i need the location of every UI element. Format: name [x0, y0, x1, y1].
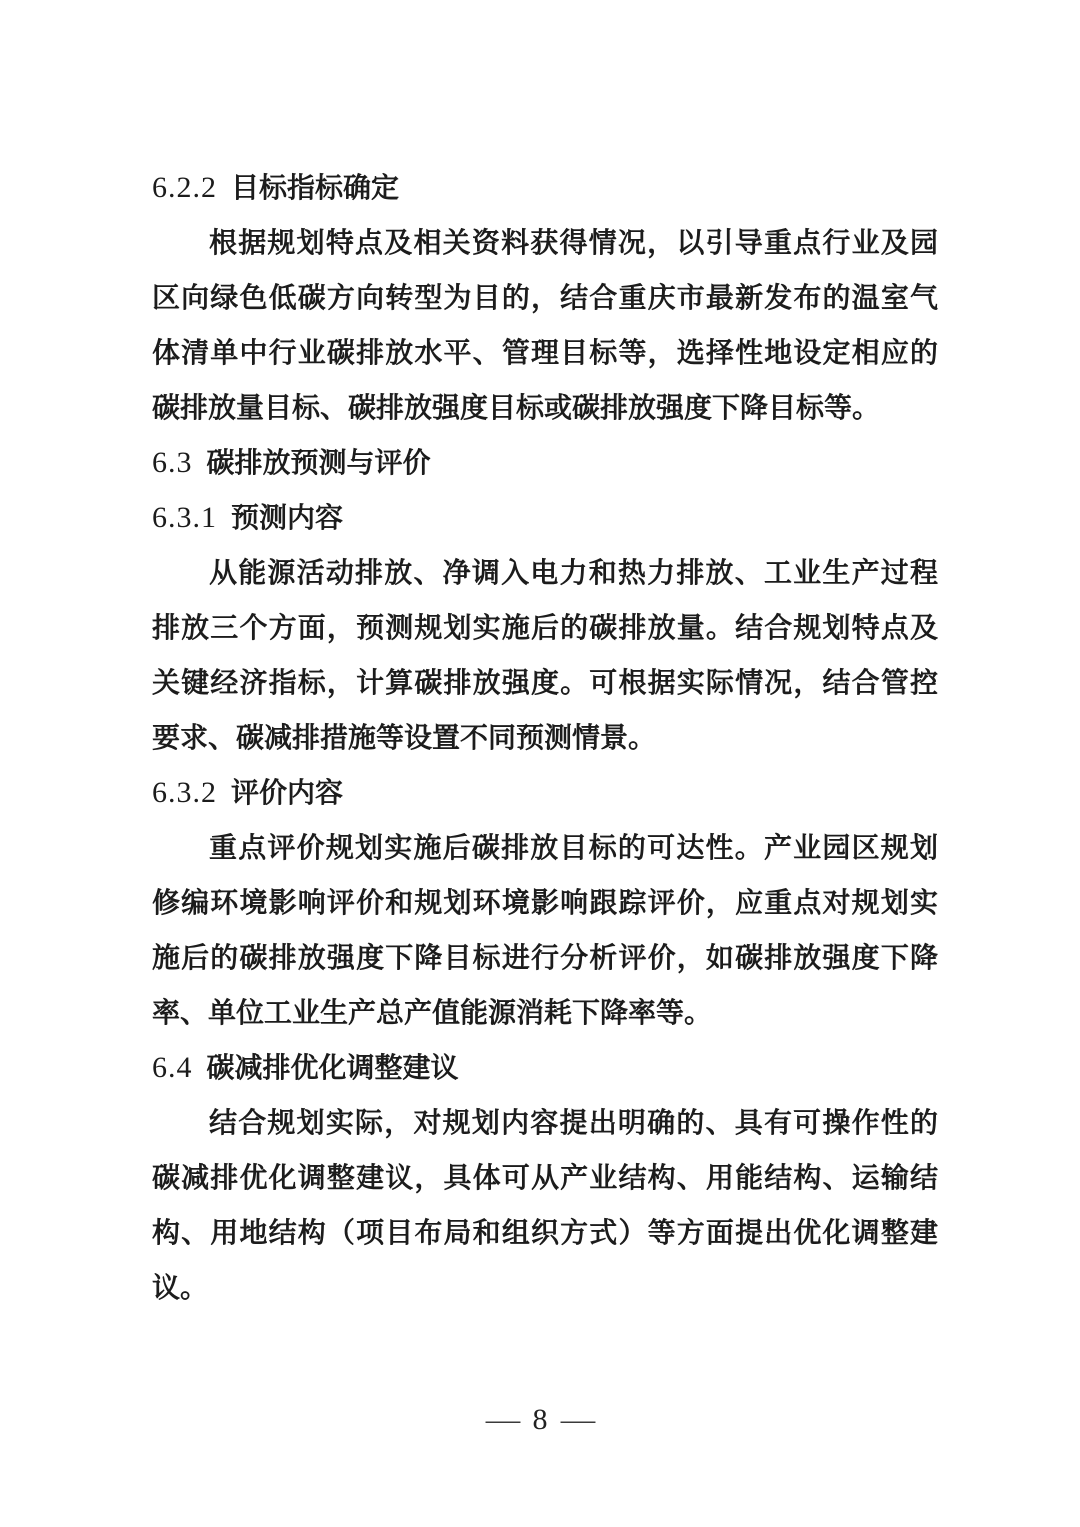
paragraph-line: 从能源活动排放、净调入电力和热力排放、工业生产过程 [152, 545, 938, 600]
paragraph-line: 重点评价规划实施后碳排放目标的可达性。产业园区规划 [152, 820, 938, 875]
section-heading-6-3-2: 6.3.2评价内容 [152, 765, 938, 820]
page-number: 8 [533, 1400, 548, 1440]
paragraph-line: 施后的碳排放强度下降目标进行分析评价，如碳排放强度下降 [152, 930, 938, 985]
section-number: 6.3.1 [152, 501, 217, 534]
paragraph-line: 碳排放量目标、碳排放强度目标或碳排放强度下降目标等。 [152, 380, 938, 435]
section-title: 目标指标确定 [231, 172, 399, 203]
paragraph-line: 要求、碳减排措施等设置不同预测情景。 [152, 710, 938, 765]
paragraph-line: 率、单位工业生产总产值能源消耗下降率等。 [152, 985, 938, 1040]
section-title: 碳排放预测与评价 [207, 447, 431, 478]
paragraph-line: 构、用地结构（项目布局和组织方式）等方面提出优化调整建 [152, 1205, 938, 1260]
page-footer: — 8 — [0, 1400, 1080, 1440]
section-number: 6.2.2 [152, 171, 217, 204]
paragraph-line: 体清单中行业碳排放水平、管理目标等，选择性地设定相应的 [152, 325, 938, 380]
section-heading-6-4: 6.4碳减排优化调整建议 [152, 1040, 938, 1095]
document-body: 6.2.2目标指标确定 根据规划特点及相关资料获得情况，以引导重点行业及园 区向… [152, 160, 938, 1315]
paragraph-line: 区向绿色低碳方向转型为目的，结合重庆市最新发布的温室气 [152, 270, 938, 325]
section-heading-6-2-2: 6.2.2目标指标确定 [152, 160, 938, 215]
footer-dash-left: — [485, 1400, 520, 1440]
paragraph-line: 碳减排优化调整建议，具体可从产业结构、用能结构、运输结 [152, 1150, 938, 1205]
section-number: 6.4 [152, 1051, 193, 1084]
paragraph-line: 关键经济指标，计算碳排放强度。可根据实际情况，结合管控 [152, 655, 938, 710]
paragraph-line: 结合规划实际，对规划内容提出明确的、具有可操作性的 [152, 1095, 938, 1150]
section-title: 碳减排优化调整建议 [207, 1052, 459, 1083]
section-heading-6-3: 6.3碳排放预测与评价 [152, 435, 938, 490]
section-number: 6.3 [152, 446, 193, 479]
section-title: 评价内容 [231, 777, 343, 808]
footer-dash-right: — [560, 1400, 595, 1440]
section-number: 6.3.2 [152, 776, 217, 809]
document-page: 6.2.2目标指标确定 根据规划特点及相关资料获得情况，以引导重点行业及园 区向… [0, 0, 1080, 1527]
paragraph-line: 排放三个方面，预测规划实施后的碳排放量。结合规划特点及 [152, 600, 938, 655]
paragraph-line: 修编环境影响评价和规划环境影响跟踪评价，应重点对规划实 [152, 875, 938, 930]
section-heading-6-3-1: 6.3.1预测内容 [152, 490, 938, 545]
paragraph-line: 议。 [152, 1260, 938, 1315]
section-title: 预测内容 [231, 502, 343, 533]
paragraph-line: 根据规划特点及相关资料获得情况，以引导重点行业及园 [152, 215, 938, 270]
